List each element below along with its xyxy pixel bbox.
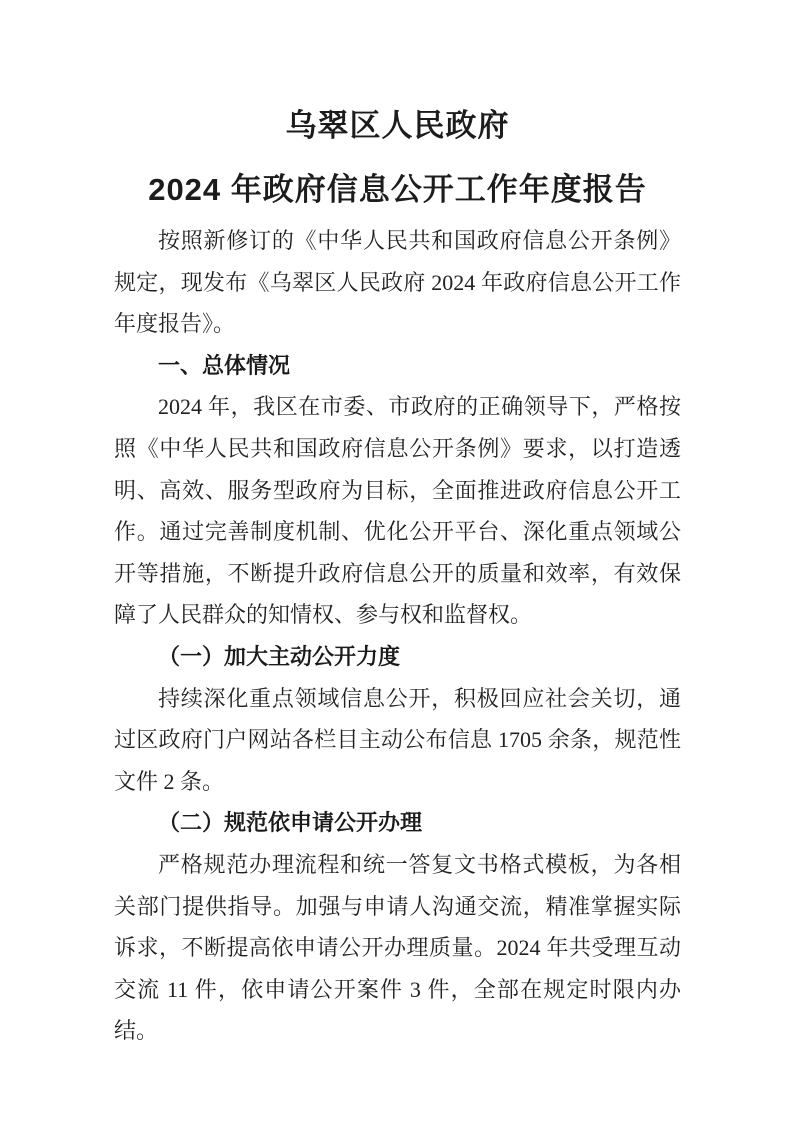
- section-heading-overall-situation: 一、总体情况: [114, 345, 681, 387]
- section-paragraph-overall-situation: 2024 年，我区在市委、市政府的正确领导下，严格按照《中华人民共和国政府信息公…: [114, 386, 681, 636]
- intro-paragraph: 按照新修订的《中华人民共和国政府信息公开条例》规定，现发布《乌翠区人民政府 20…: [114, 220, 681, 345]
- section-heading-disclosure-upon-request: （二）规范依申请公开办理: [114, 802, 681, 844]
- document-body: 按照新修订的《中华人民共和国政府信息公开条例》规定，现发布《乌翠区人民政府 20…: [114, 220, 681, 1052]
- document-title-line2: 2024 年政府信息公开工作年度报告: [114, 170, 681, 210]
- document-page: 乌翠区人民政府 2024 年政府信息公开工作年度报告 按照新修订的《中华人民共和…: [0, 0, 793, 1122]
- section-heading-proactive-disclosure: （一）加大主动公开力度: [114, 636, 681, 678]
- section-paragraph-proactive-disclosure: 持续深化重点领域信息公开，积极回应社会关切，通过区政府门户网站各栏目主动公布信息…: [114, 678, 681, 803]
- document-title-line1: 乌翠区人民政府: [114, 106, 681, 146]
- section-paragraph-disclosure-upon-request: 严格规范办理流程和统一答复文书格式模板，为各相关部门提供指导。加强与申请人沟通交…: [114, 844, 681, 1052]
